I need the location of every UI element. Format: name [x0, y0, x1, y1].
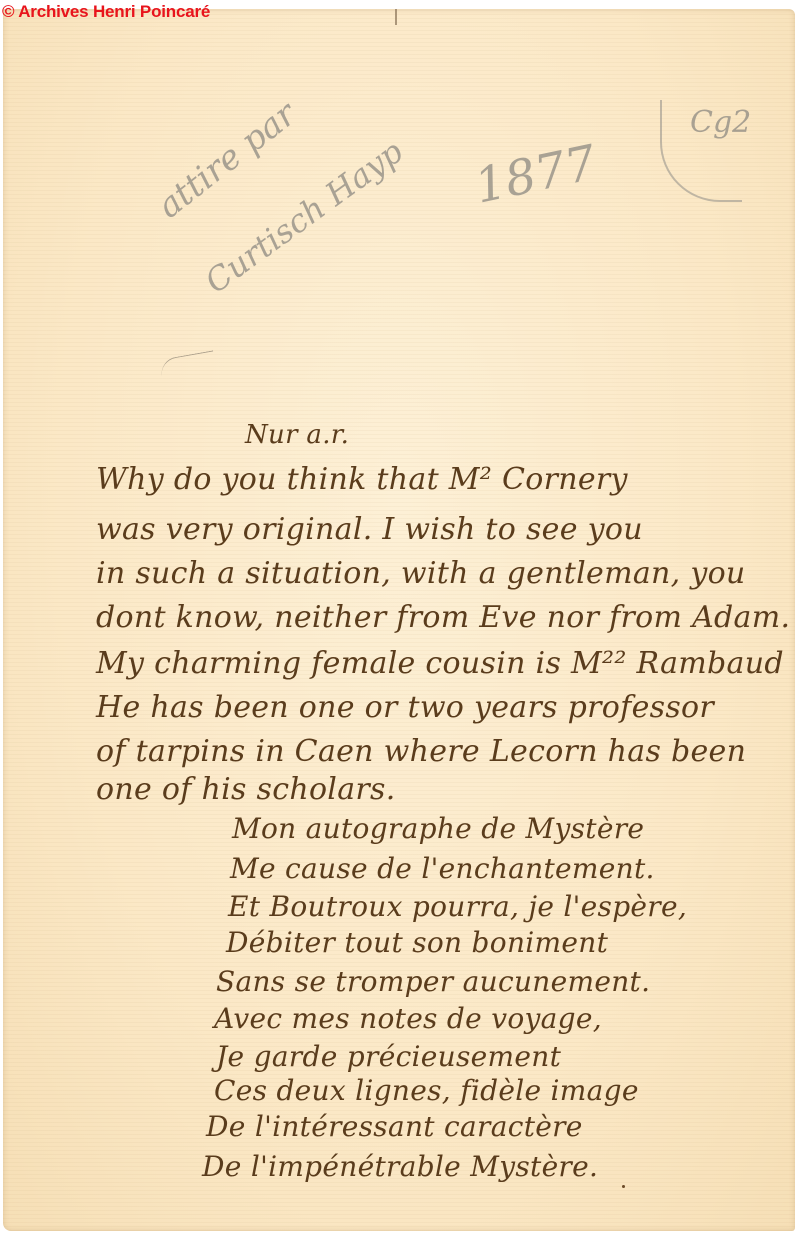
- letter-body-line: He has been one or two years professor: [96, 690, 714, 725]
- letter-salutation: Nur a.r.: [245, 420, 349, 450]
- poem-line: Mon autographe de Mystère: [232, 812, 644, 845]
- poem-line: De l'intéressant caractère: [206, 1110, 583, 1143]
- letter-body-line: one of his scholars.: [96, 772, 396, 807]
- poem-line: De l'impénétrable Mystère.: [202, 1150, 598, 1183]
- poem-line: Me cause de l'enchantement.: [230, 852, 655, 885]
- poem-line: Ces deux lignes, fidèle image: [214, 1074, 639, 1107]
- poem-line: Avec mes notes de voyage,: [214, 1002, 602, 1035]
- letter-body-line: Why do you think that M² Cornery: [96, 462, 628, 497]
- letter-body-line: of tarpins in Caen where Lecorn has been: [96, 734, 746, 769]
- letter-body-line: My charming female cousin is M²² Rambaud: [96, 646, 784, 681]
- letter-body-line: in such a situation, with a gentleman, y…: [96, 556, 746, 591]
- poem-line: Je garde précieusement: [216, 1040, 561, 1073]
- poem-line: Sans se tromper aucunement.: [216, 965, 650, 998]
- ink-dot: [622, 1185, 625, 1188]
- letter-body-line: dont know, neither from Eve nor from Ada…: [96, 600, 790, 635]
- pencil-reference-code: Cg2: [690, 105, 751, 140]
- ink-mark: [395, 9, 397, 25]
- letter-body-line: was very original. I wish to see you: [96, 512, 643, 547]
- copyright-watermark: © Archives Henri Poincaré: [2, 2, 210, 22]
- poem-line: Débiter tout son boniment: [226, 926, 608, 959]
- poem-line: Et Boutroux pourra, je l'espère,: [228, 890, 687, 923]
